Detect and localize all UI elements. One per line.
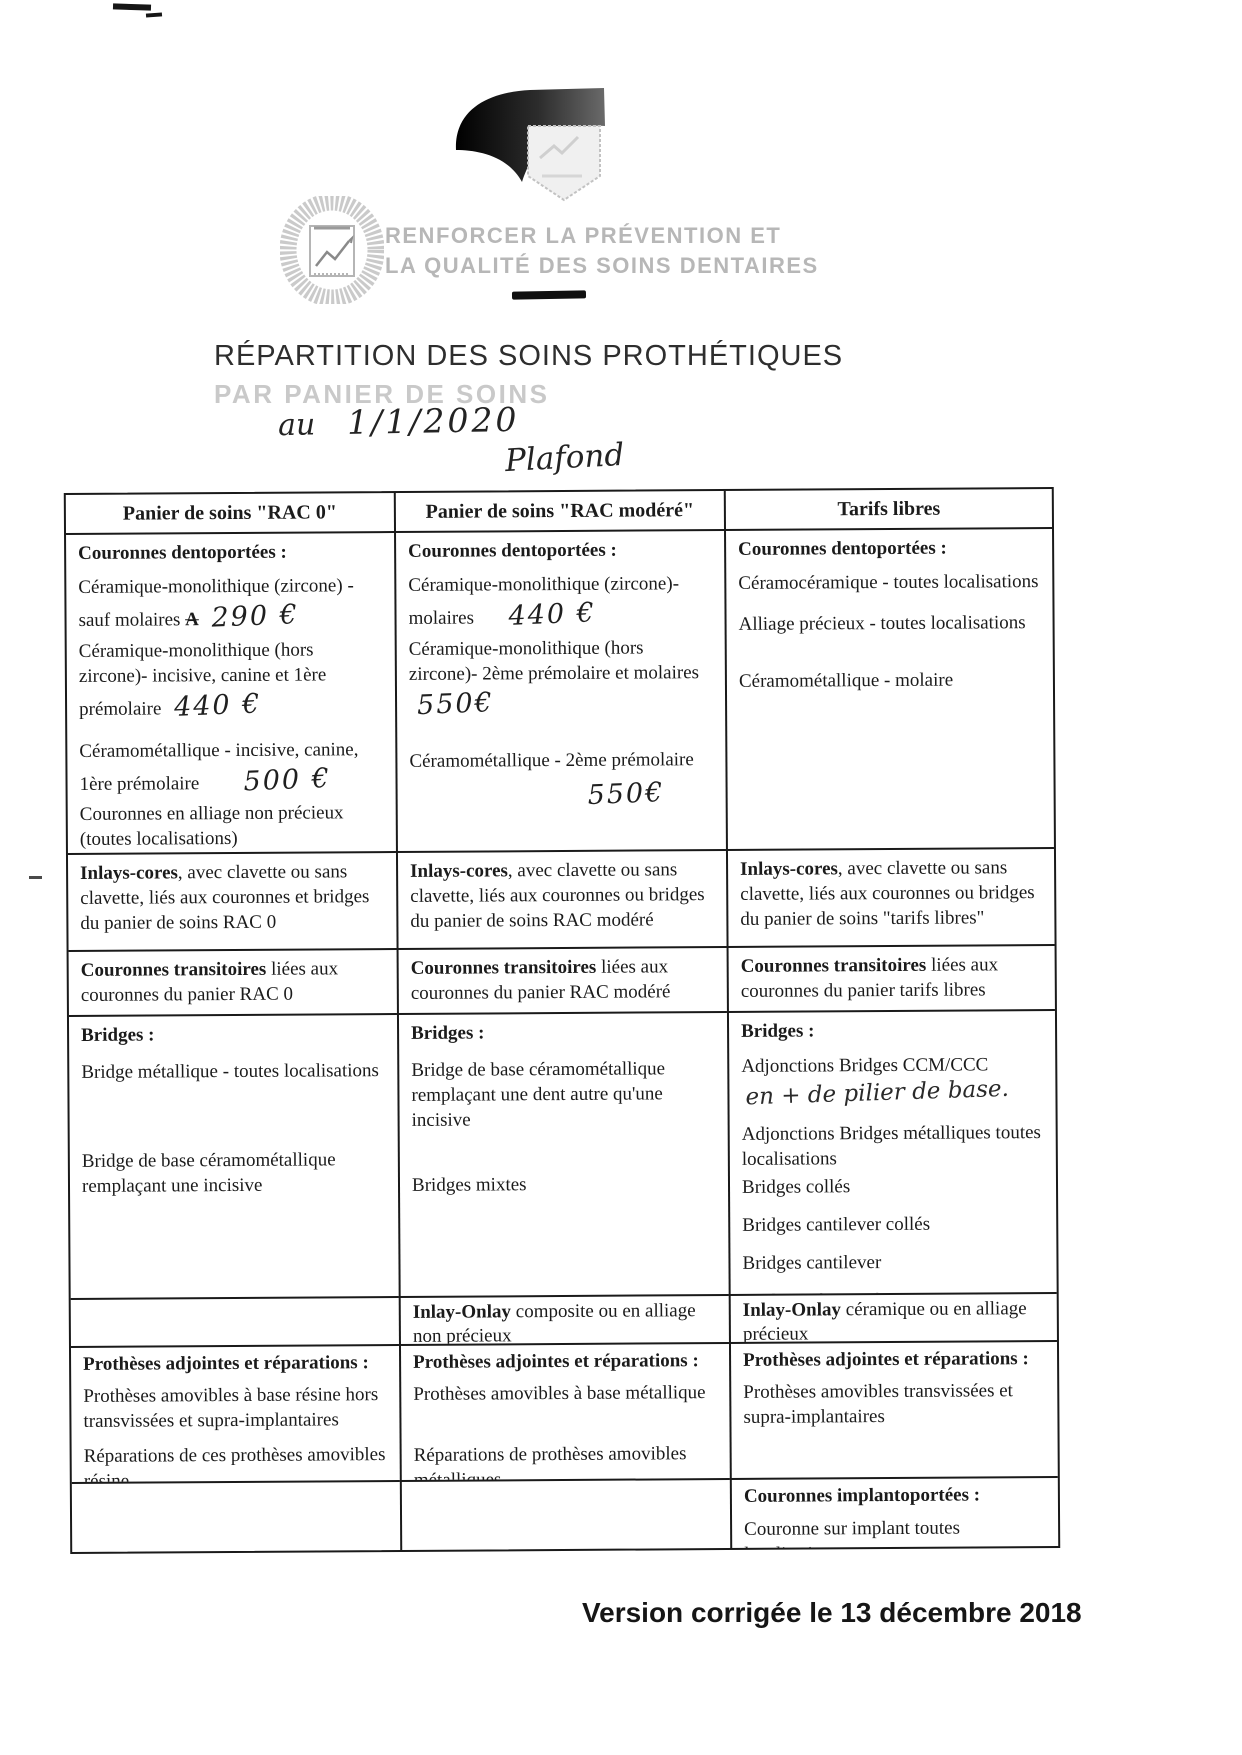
column-header-rac-modere: Panier de soins "RAC modéré" — [394, 491, 724, 531]
item-couronnes-transitoires: Couronnes transitoires liées aux couronn… — [81, 956, 387, 1008]
item-ceramique-hors-zircone: Céramique-monolithique (hors zircone)- 2… — [409, 635, 716, 723]
item-protheses-metallique: Prothèses amovibles à base métallique — [413, 1380, 719, 1407]
cell-title: Couronnes implantoportées : — [744, 1482, 1048, 1509]
scanned-document-page: RENFORCER LA PRÉVENTION ET LA QUALITÉ DE… — [0, 0, 1242, 1755]
handwritten-price: 550€ — [587, 775, 665, 814]
cell-title: Couronnes dentoportées : — [78, 539, 384, 566]
prosthetics-table: Panier de soins "RAC 0" Panier de soins … — [64, 487, 1060, 1554]
cell-couronnes-dentoportees-rac0: Couronnes dentoportées : Céramique-monol… — [66, 531, 396, 853]
scan-artifact-dash — [29, 876, 42, 879]
cell-title: Prothèses adjointes et réparations : — [743, 1346, 1047, 1373]
item-inlay-onlay: Inlay-Onlay céramique ou en alliage préc… — [743, 1297, 1047, 1342]
handwritten-price: 440 € — [173, 686, 262, 725]
lead-text: Inlay-Onlay — [413, 1301, 511, 1323]
cell-couronnes-implantoportees: Couronnes implantoportées : Couronne sur… — [730, 1476, 1058, 1548]
divider-bar — [512, 290, 586, 299]
scan-artifact-mark — [113, 3, 151, 10]
item-bridge-metallique: Bridge métallique - toutes localisations — [81, 1058, 387, 1085]
item-text: Céramique-monolithique (hors zircone)- 2… — [409, 637, 699, 685]
item-bridge-ceramometallique: Bridge de base céramométallique remplaça… — [411, 1056, 717, 1133]
handwritten-price: 500 € — [243, 761, 332, 800]
cell-protheses-rac-modere: Prothèses adjointes et réparations : Pro… — [399, 1342, 730, 1480]
cell-empty-rac0 — [71, 1296, 399, 1346]
item-bridges-mixtes: Bridges mixtes — [412, 1171, 718, 1198]
handwritten-note-line: en + de pilier de base. — [741, 1077, 1045, 1113]
item-ceramometallique-molaire: Céramométallique - molaire — [739, 667, 1043, 694]
cell-inlay-onlay-tarifs-libres: Inlay-Onlay céramique ou en alliage préc… — [729, 1292, 1057, 1342]
cell-empty-rac-modere-bottom — [400, 1478, 730, 1550]
ribbon-logo-icon — [442, 84, 612, 204]
lead-text: Couronnes transitoires — [411, 957, 597, 979]
handwritten-price: 440 € — [508, 595, 597, 634]
lead-text: Couronnes transitoires — [741, 955, 927, 977]
lead-text: Couronnes transitoires — [81, 959, 267, 981]
handwritten-date-value: 1/1/2020 — [347, 400, 520, 442]
cell-couronnes-transitoires-tarifs-libres: Couronnes transitoires liées aux couronn… — [727, 944, 1055, 1011]
item-protheses-resine: Prothèses amovibles à base résine hors t… — [83, 1382, 389, 1434]
item-reparations-resine: Réparations de ces prothèses amovibles r… — [84, 1442, 390, 1482]
item-bridges-colles: Bridges collés — [742, 1173, 1046, 1200]
tagline-line-1: RENFORCER LA PRÉVENTION ET — [385, 222, 781, 250]
handwritten-price-line: 550€ — [580, 776, 716, 812]
item-ceramometallique: Céramométallique - 2ème prémolaire — [409, 747, 715, 774]
scan-artifact-mark — [146, 12, 162, 17]
cell-title: Bridges : — [81, 1021, 387, 1048]
handwritten-date: au 1/1/2020 — [278, 400, 520, 443]
cell-title: Bridges : — [411, 1019, 717, 1046]
cell-bridges-rac0: Bridges : Bridge métallique - toutes loc… — [69, 1013, 399, 1298]
cell-couronnes-dentoportees-tarifs-libres: Couronnes dentoportées : Céramocéramique… — [724, 527, 1054, 849]
handwritten-plafond: Plafond — [505, 440, 624, 476]
item-inlays-cores: Inlays-cores, avec clavette ou sans clav… — [80, 859, 386, 936]
page-title: RÉPARTITION DES SOINS PROTHÉTIQUES — [214, 340, 843, 373]
item-ceramique-hors-zircone: Céramique-monolithique (hors zircone)- i… — [79, 637, 386, 725]
item-ceramometallique: Céramométallique - incisive, canine, 1èr… — [79, 737, 385, 800]
cell-inlays-cores-tarifs-libres: Inlays-cores, avec clavette ou sans clav… — [726, 847, 1055, 946]
cell-couronnes-transitoires-rac-modere: Couronnes transitoires liées aux couronn… — [397, 946, 727, 1013]
handwritten-price: 550€ — [416, 685, 494, 724]
column-header-tarifs-libres: Tarifs libres — [724, 489, 1052, 529]
handwritten-note: en + de pilier de base. — [745, 1074, 1009, 1113]
cell-protheses-tarifs-libres: Prothèses adjointes et réparations : Pro… — [729, 1340, 1058, 1478]
lead-text: Inlay-Onlay — [743, 1299, 841, 1321]
handwritten-strike-mark: A — [185, 609, 199, 630]
cell-title: Couronnes dentoportées : — [738, 535, 1042, 562]
cell-title: Couronnes dentoportées : — [408, 537, 714, 564]
cell-title: Prothèses adjointes et réparations : — [413, 1348, 719, 1375]
cell-title: Bridges : — [741, 1017, 1045, 1044]
item-reparations-metalliques: Réparations de prothèses amovibles métal… — [414, 1441, 720, 1480]
cell-inlays-cores-rac0: Inlays-cores, avec clavette ou sans clav… — [68, 851, 397, 950]
cell-bridges-rac-modere: Bridges : Bridge de base céramométalliqu… — [397, 1011, 729, 1296]
item-protheses-transvissees: Prothèses amovibles transvissées et supr… — [743, 1378, 1047, 1430]
item-couronne-sur-implant: Couronne sur implant toutes localisation… — [744, 1515, 1048, 1548]
cell-bridges-tarifs-libres: Bridges : Adjonctions Bridges CCM/CCC en… — [727, 1009, 1057, 1294]
cell-empty-rac0-bottom — [72, 1480, 400, 1552]
cell-couronnes-dentoportees-rac-modere: Couronnes dentoportées : Céramique-monol… — [394, 529, 726, 851]
item-bridge-ceramometallique: Bridge de base céramométallique remplaça… — [82, 1147, 388, 1199]
item-couronnes-transitoires: Couronnes transitoires liées aux couronn… — [741, 952, 1045, 1004]
item-ceramique-zircone: Céramique-monolithique (zircone)- molair… — [408, 571, 714, 634]
handwritten-date-prefix: au — [278, 407, 316, 443]
handwritten-plafond-text: Plafond — [504, 437, 625, 479]
lead-text: Inlays-cores — [410, 860, 508, 882]
item-inlays-cores: Inlays-cores, avec clavette ou sans clav… — [740, 855, 1044, 932]
column-header-rac0: Panier de soins "RAC 0" — [66, 493, 394, 533]
cell-protheses-rac0: Prothèses adjointes et réparations : Pro… — [71, 1344, 400, 1482]
tagline-line-2: LA QUALITÉ DES SOINS DENTAIRES — [385, 252, 819, 280]
item-ceramique-zircone: Céramique-monolithique (zircone) - sauf … — [78, 573, 384, 636]
handwritten-price: 290 € — [211, 597, 300, 636]
item-couronnes-transitoires: Couronnes transitoires liées aux couronn… — [411, 954, 717, 1006]
item-ceramoceramique: Céramocéramique - toutes localisations — [738, 569, 1042, 596]
lead-text: Inlays-cores — [80, 862, 178, 884]
footer-version: Version corrigée le 13 décembre 2018 — [582, 1597, 1082, 1629]
item-alliage-precieux: Alliage précieux - toutes localisations — [739, 610, 1043, 637]
item-adjonctions-metalliques: Adjonctions Bridges métalliques toutes l… — [742, 1120, 1046, 1172]
stamp-icon — [280, 196, 384, 304]
item-inlay-onlay: Inlay-Onlay composite ou en alliage non … — [413, 1299, 719, 1344]
cell-inlays-cores-rac-modere: Inlays-cores, avec clavette ou sans clav… — [396, 849, 727, 948]
cell-title: Prothèses adjointes et réparations : — [83, 1350, 389, 1377]
item-bridges-cantilever-colles: Bridges cantilever collés — [742, 1211, 1046, 1238]
lead-text: Inlays-cores — [740, 858, 838, 880]
item-alliage-non-precieux: Couronnes en alliage non précieux (toute… — [80, 800, 386, 852]
cell-couronnes-transitoires-rac0: Couronnes transitoires liées aux couronn… — [69, 948, 397, 1015]
cell-inlay-onlay-rac-modere: Inlay-Onlay composite ou en alliage non … — [399, 1294, 729, 1344]
item-inlays-cores: Inlays-cores, avec clavette ou sans clav… — [410, 857, 716, 934]
item-bridges-cantilever: Bridges cantilever — [742, 1249, 1046, 1276]
